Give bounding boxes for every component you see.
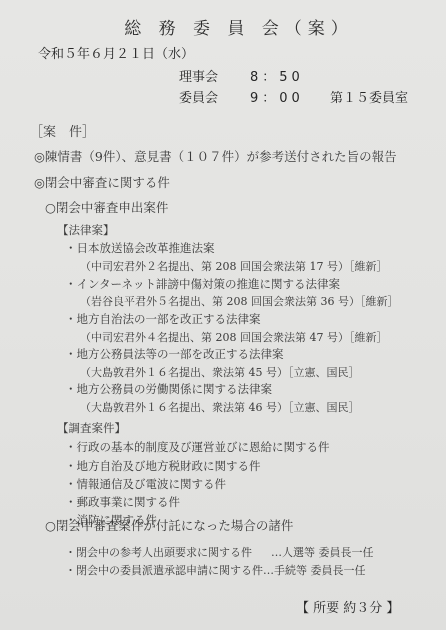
investigation-item: ・情報通信及び電波に関する件	[65, 476, 226, 492]
closed-session-review-request-heading: ○閉会中審査申出案件	[45, 198, 168, 216]
bill-detail: （中司宏君外４名提出、第 208 回国会衆法第 47 号）［維新］	[80, 329, 387, 345]
bill-name: ・地方自治法の一部を改正する法律案	[65, 311, 261, 327]
referred-case-item-note: …人選等 委員長一任	[271, 544, 374, 560]
investigation-item: ・地方自治及び地方税財政に関する件	[65, 458, 261, 474]
meeting-room: 第１５委員室	[330, 87, 408, 106]
schedule-time-committee: 9：00	[250, 87, 304, 106]
schedule-label-directors: 理事会	[179, 66, 218, 85]
bill-name: ・インターネット誹謗中傷対策の推進に関する法律案	[65, 276, 340, 292]
referred-case-heading: ○閉会中審査案件が付託になった場合の諸件	[45, 516, 293, 534]
bill-name: ・地方公務員の労働関係に関する法律案	[65, 381, 272, 397]
bill-detail: （中司宏君外２名提出、第 208 回国会衆法第 17 号）［維新］	[80, 258, 387, 274]
investigation-item: ・郵政事業に関する件	[65, 494, 180, 510]
agenda-item-closed-session-review: ◎閉会中審査に関する件	[34, 173, 170, 191]
agenda-item-petitions-report: ◎陳情書（9件）、意見書（１０７件）が参考送付された旨の報告	[34, 147, 397, 165]
investigation-item: ・行政の基本的制度及び運営並びに恩給に関する件	[65, 439, 330, 455]
bill-name: ・日本放送協会改革推進法案	[65, 240, 215, 256]
referred-case-item-name: ・閉会中の参考人出頭要求に関する件	[65, 544, 252, 560]
bill-detail: （岩谷良平君外５名提出、第 208 回国会衆法第 36 号）［維新］	[80, 293, 398, 309]
duration-note: 【 所要 約３分 】	[296, 597, 399, 616]
bill-detail: （大島敦君外１６名提出、衆法第 46 号）［立憲、国民］	[80, 399, 360, 415]
referred-case-item-note: …手続等 委員長一任	[263, 562, 366, 578]
bill-detail: （大島敦君外１６名提出、衆法第 45 号）［立憲、国民］	[80, 364, 360, 380]
meeting-date: 令和５年６月２１日（水）	[38, 43, 194, 62]
document-title: 総 務 委 員 会（案）	[0, 14, 446, 39]
schedule-label-committee: 委員会	[179, 87, 218, 106]
referred-case-item-name: ・閉会中の委員派遣承認申請に関する件	[65, 562, 263, 578]
schedule-time-directors: 8：50	[250, 66, 304, 85]
bill-name: ・地方公務員法等の一部を改正する法律案	[65, 346, 284, 362]
document-page: 総 務 委 員 会（案） 令和５年６月２１日（水） 理事会 8：50 委員会 9…	[0, 0, 446, 630]
investigations-header: 【調査案件】	[57, 420, 126, 436]
bills-header: 【法律案】	[57, 222, 115, 238]
agenda-header: ［案 件］	[30, 121, 95, 140]
